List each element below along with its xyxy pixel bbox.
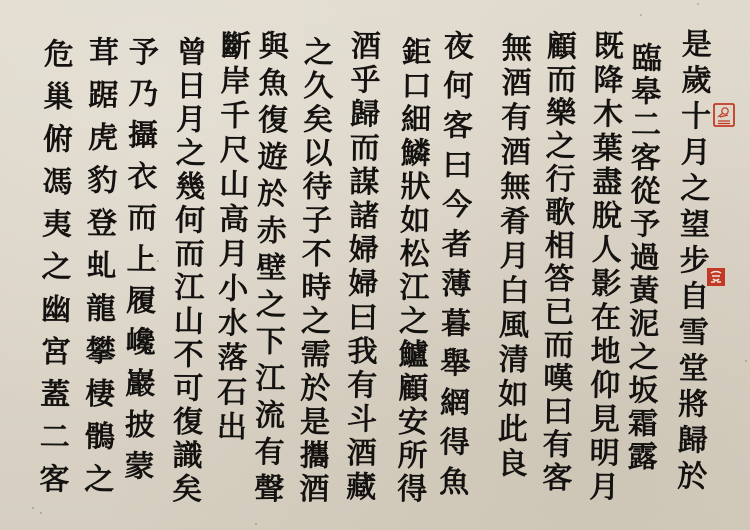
calligraphy-column-2: 臨皋二客從予過黃泥之坂霜露 xyxy=(620,42,661,474)
calligraphy-column-9: 之久矣以待子不時之需於是攜酒 xyxy=(292,36,333,507)
calligraphy-column-10: 與魚復遊於赤壁之下江流有聲 xyxy=(247,30,288,510)
paper-speck xyxy=(745,360,747,362)
seal-stamp-filled-icon xyxy=(707,268,725,286)
calligraphy-column-3: 既降木葉盡脫人影在地仰見明月 xyxy=(582,30,623,505)
calligraphy-column-13: 予乃攝衣而上履巉巖披蒙 xyxy=(117,36,158,492)
calligraphy-column-5: 無酒有酒無肴月白風清如此良 xyxy=(490,32,531,482)
calligraphy-column-4: 顧而樂之行歌相答已而嘆曰有客 xyxy=(535,30,576,495)
paper-speck xyxy=(697,3,699,5)
calligraphy-column-7: 鉅口細鱗狀如松江之鱸顧安所得 xyxy=(390,36,431,507)
seal-stamp-outline-icon xyxy=(713,103,735,127)
paper-speck xyxy=(255,523,257,525)
paper-speck xyxy=(157,260,159,262)
calligraphy-column-11: 斷岸千尺山高月小水落石出 xyxy=(210,30,250,446)
paper-speck xyxy=(40,512,42,514)
calligraphy-column-8: 酒乎歸而謀諸婦婦曰我有斗酒藏 xyxy=(339,30,380,505)
calligraphy-scroll: 是歲十月之望步自雪堂將歸於 臨皋二客從予過黃泥之坂霜露 既降木葉盡脫人影在地仰見… xyxy=(0,0,750,530)
calligraphy-column-15: 危巢俯馮夷之幽宮蓋二客 xyxy=(32,38,73,506)
calligraphy-column-6: 夜何客曰今者薄暮舉網得魚 xyxy=(432,30,473,506)
calligraphy-column-14: 茸踞虎豹登虬龍攀棲鶻之 xyxy=(77,36,118,506)
calligraphy-column-12: 曾日月之幾何而江山不可復識矣 xyxy=(165,36,206,507)
calligraphy-column-1: 是歲十月之望步自雪堂將歸於 xyxy=(670,28,711,496)
paper-speck xyxy=(32,507,34,509)
paper-speck xyxy=(640,14,642,16)
